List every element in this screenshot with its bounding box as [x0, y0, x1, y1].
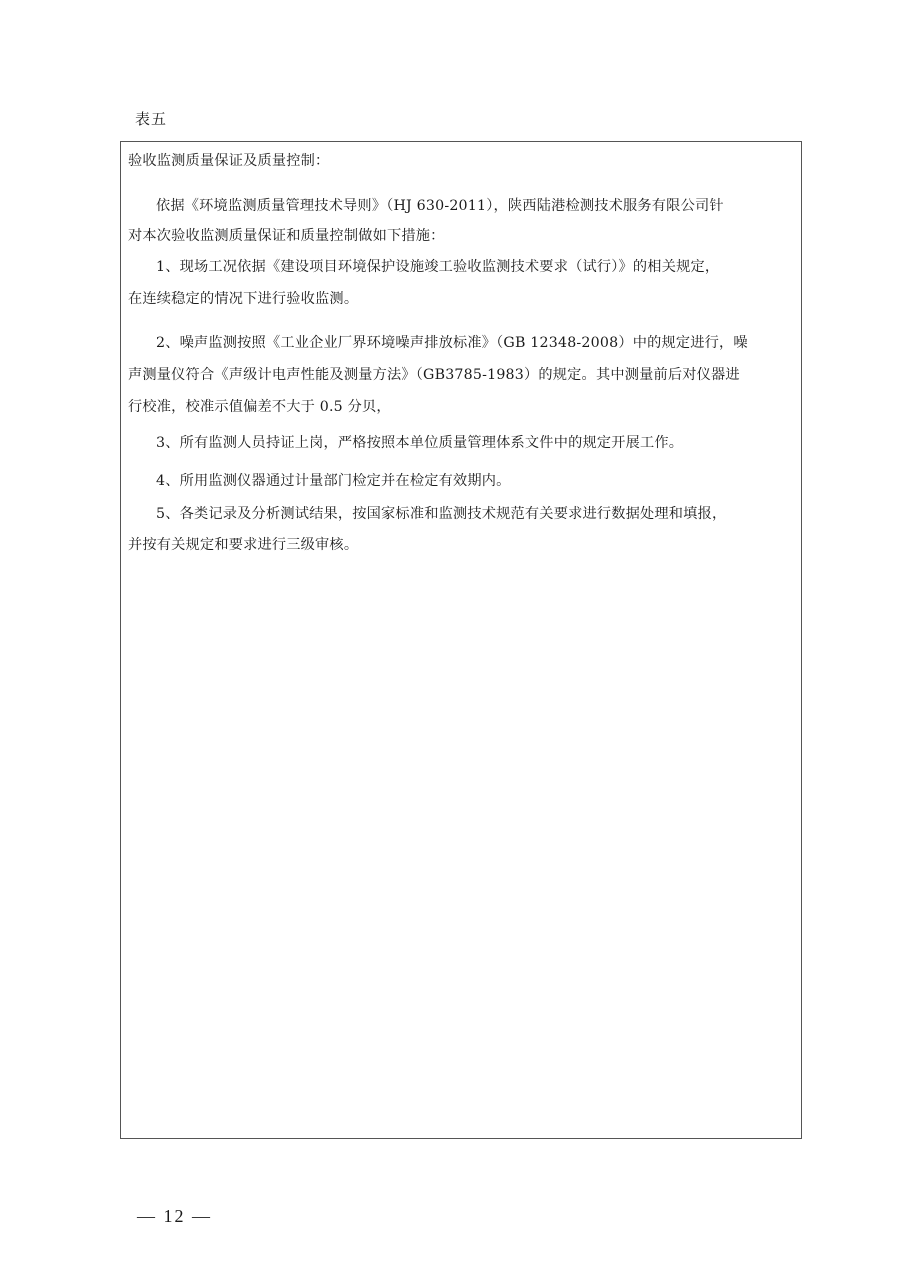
- paragraph-line: 1、现场工况依据《建设项目环境保护设施竣工验收监测技术要求（试行）》的相关规定，: [156, 256, 719, 276]
- content-frame: 验收监测质量保证及质量控制： 依据《环境监测质量管理技术导则》（HJ 630-2…: [120, 141, 802, 1139]
- paragraph-line: 行校准，校准示值偏差不大于 0.5 分贝，: [128, 396, 391, 416]
- paragraph-line: 2、噪声监测按照《工业企业厂界环境噪声排放标准》（GB 12348-2008）中…: [156, 332, 748, 352]
- paragraph-line: 对本次验收监测质量保证和质量控制做如下措施：: [128, 225, 445, 245]
- paragraph-line: 在连续稳定的情况下进行验收监测。: [128, 288, 358, 308]
- paragraph-line: 3、所有监测人员持证上岗，严格按照本单位质量管理体系文件中的规定开展工作。: [156, 432, 683, 452]
- paragraph-line: 5、各类记录及分析测试结果，按国家标准和监测技术规范有关要求进行数据处理和填报，: [156, 503, 726, 523]
- paragraph-line: 依据《环境监测质量管理技术导则》（HJ 630-2011），陕西陆港检测技术服务…: [156, 195, 724, 215]
- section-title: 验收监测质量保证及质量控制：: [128, 150, 329, 170]
- paragraph-line: 声测量仪符合《声级计电声性能及测量方法》（GB3785-1983）的规定。其中测…: [128, 364, 740, 384]
- paragraph-line: 4、所用监测仪器通过计量部门检定并在检定有效期内。: [156, 470, 511, 490]
- paragraph-line: 并按有关规定和要求进行三级审核。: [128, 534, 358, 554]
- table-label: 表五: [135, 108, 167, 129]
- page-number: — 12 —: [137, 1206, 212, 1227]
